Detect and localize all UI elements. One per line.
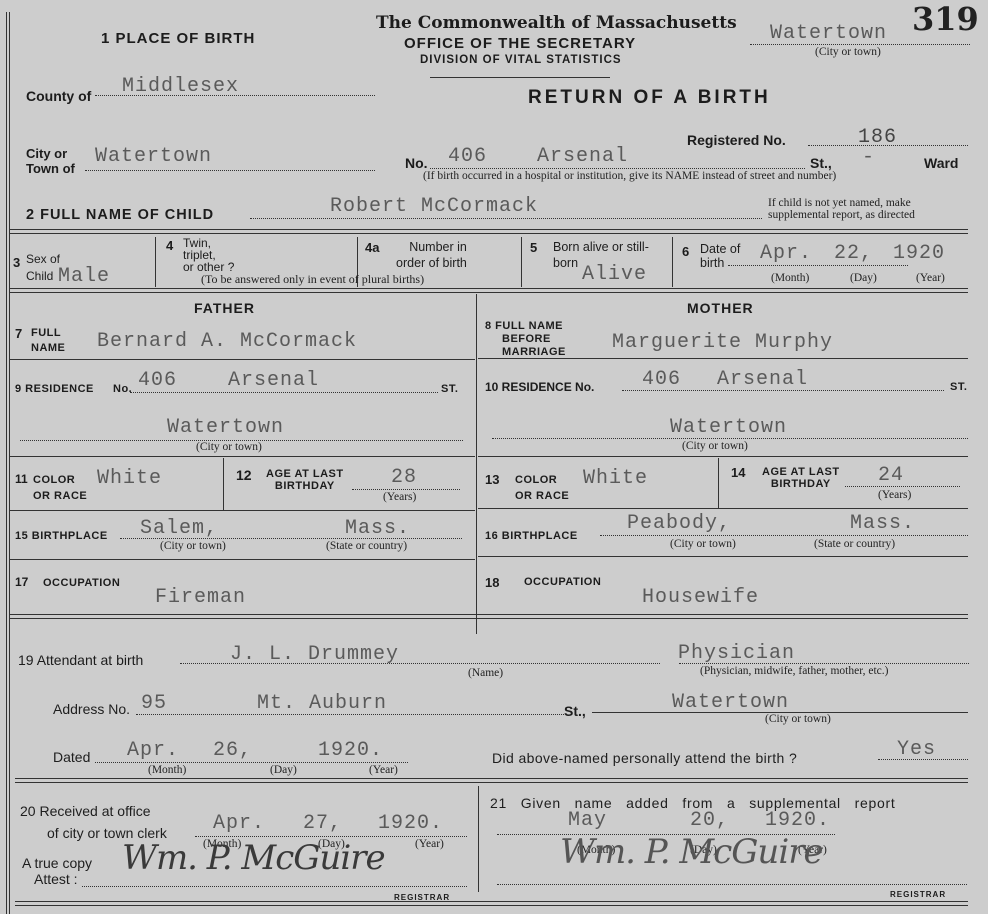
mother-color-label: COLOR OR RACE (515, 472, 569, 504)
supplemental-signature: Wm. P. McGuire (560, 832, 823, 872)
father-birthplace-line (120, 538, 462, 539)
father-name-value: Bernard A. McCormack (97, 330, 357, 353)
hospital-hint: (If birth occurred in a hospital or inst… (423, 170, 836, 182)
mother-name-label-line2: BEFORE (485, 333, 566, 346)
mother-occupation-value: Housewife (642, 586, 759, 609)
ward-label: Ward (924, 155, 958, 171)
father-age-label-line1: AGE AT LAST (266, 468, 344, 480)
city-label: City or Town of (26, 146, 75, 176)
order-label-line1: Number in (393, 239, 467, 255)
attendant-address-no: 95 (141, 692, 167, 715)
attendant-address-line (136, 714, 564, 715)
order-label: Number in order of birth (393, 239, 467, 271)
mother-birthplace-state: Mass. (850, 512, 915, 535)
alive-value: Alive (582, 263, 647, 286)
dob-num: 6 (682, 244, 689, 259)
attend-answer-line (878, 759, 968, 760)
dated-line (95, 762, 408, 763)
registered-line (808, 145, 968, 146)
birth-record-document: 1 PLACE OF BIRTH The Commonwealth of Mas… (0, 0, 988, 914)
mother-color-num: 13 (485, 472, 499, 487)
top-city-hint: (City or town) (815, 46, 881, 58)
father-occupation-num: 17 (15, 575, 28, 589)
father-age-label: AGE AT LAST BIRTHDAY (266, 468, 344, 492)
mother-color-value: White (583, 467, 648, 490)
dated-year: 1920. (318, 739, 383, 762)
mother-age-num: 14 (731, 465, 745, 480)
father-name-divider (10, 359, 475, 360)
county-label: County of (26, 88, 91, 104)
divider-received-top (15, 778, 968, 783)
father-residence-street: Arsenal (228, 369, 319, 392)
left-border (6, 12, 7, 914)
received-center-divider (478, 786, 479, 892)
dated-hint-year: (Year) (369, 764, 398, 776)
twin-num: 4 (166, 238, 173, 253)
dob-year: 1920 (893, 242, 945, 265)
mother-name-label-line1: 8 FULL NAME (485, 320, 566, 333)
mother-birthplace-city-hint: (City or town) (670, 538, 736, 550)
child-name-note-line2: supplemental report, as directed (768, 209, 915, 221)
mother-city-hint: (City or town) (682, 440, 748, 452)
dob-hint-month: (Month) (771, 272, 809, 284)
dob-month: Apr. (760, 242, 812, 265)
father-color-label-line2: OR RACE (33, 488, 87, 504)
attendant-role: Physician (678, 642, 795, 665)
office-title: OFFICE OF THE SECRETARY (404, 35, 636, 52)
mother-color-label-line1: COLOR (515, 472, 569, 488)
mother-color-age-divider (718, 458, 719, 508)
child-name-line (250, 218, 762, 219)
attendant-address-street: Mt. Auburn (257, 692, 387, 715)
order-num: 4a (365, 240, 379, 255)
father-residence-label: 9 RESIDENCE (15, 383, 94, 395)
father-residence-no-label: No. (113, 383, 132, 395)
father-city-hint: (City or town) (196, 441, 262, 453)
received-hint-year: (Year) (415, 838, 444, 850)
father-age-value: 28 (391, 466, 417, 489)
mother-age-label: AGE AT LAST BIRTHDAY (762, 466, 840, 490)
attendant-label: 19 Attendant at birth (18, 652, 143, 668)
father-residence-no: 406 (138, 369, 177, 392)
col-divider-3 (521, 237, 522, 287)
mother-age-value: 24 (878, 464, 904, 487)
father-residence-divider (10, 456, 475, 457)
col-divider-4 (672, 237, 673, 287)
attendant-city-hint: (City or town) (765, 713, 831, 725)
mother-age-label-line2: BIRTHDAY (762, 478, 840, 490)
street-no-label: No. (405, 155, 428, 171)
supplemental-registrar-label: REGISTRAR (890, 890, 946, 899)
father-birthplace-state-hint: (State or country) (326, 540, 407, 552)
father-occupation-value: Fireman (155, 586, 246, 609)
divider-bottom (15, 901, 968, 906)
page-number: 319 (912, 0, 979, 38)
child-name-label: 2 FULL NAME OF CHILD (26, 207, 214, 223)
sex-label: Sex of Child (26, 251, 60, 285)
mother-residence-no: 406 (642, 368, 681, 391)
father-name-label-line2: NAME (31, 341, 65, 356)
mother-birthplace-label: 16 BIRTHPLACE (485, 530, 578, 542)
supplemental-sign-line (497, 884, 967, 885)
attend-answer: Yes (897, 738, 936, 761)
dated-hint-month: (Month) (148, 764, 186, 776)
attest-label-line1: A true copy (22, 855, 92, 871)
father-color-divider (10, 510, 475, 511)
street-value: Arsenal (537, 145, 628, 168)
father-age-label-line2: BIRTHDAY (266, 480, 344, 492)
mother-city-line (492, 438, 968, 439)
mother-age-hint: (Years) (878, 489, 911, 501)
mother-birthplace-divider (478, 556, 968, 557)
street-no-value: 406 (448, 145, 487, 168)
sex-num: 3 (13, 255, 20, 270)
father-name-label: FULL NAME (31, 326, 65, 356)
divider-parents-top (10, 288, 968, 293)
father-birthplace-state: Mass. (345, 517, 410, 540)
father-color-age-divider (223, 458, 224, 510)
father-birthplace-city-hint: (City or town) (160, 540, 226, 552)
father-age-line (352, 489, 460, 490)
dob-label-line1: Date of (700, 242, 740, 256)
father-age-num: 12 (236, 467, 252, 483)
mother-residence-label: 10 RESIDENCE No. (485, 380, 594, 394)
dob-line (728, 265, 908, 266)
attest-label: A true copy Attest : (22, 855, 92, 887)
mother-residence-divider (478, 456, 968, 457)
mother-occupation-num: 18 (485, 575, 499, 590)
father-birthplace-city: Salem, (140, 517, 218, 540)
supplemental-month: May (568, 809, 607, 832)
supplemental-day: 20, (690, 809, 729, 832)
mother-name-label: 8 FULL NAME BEFORE MARRIAGE (485, 320, 566, 359)
mother-heading: MOTHER (687, 300, 754, 316)
sex-label-line2: Child (26, 268, 60, 285)
dated-day: 26, (213, 739, 252, 762)
mother-color-label-line2: OR RACE (515, 488, 569, 504)
top-city-value: Watertown (770, 22, 887, 45)
city-label-line2: Town of (26, 161, 75, 176)
father-color-label-line1: COLOR (33, 472, 87, 488)
left-border-inner (9, 12, 10, 914)
twin-label: Twin, triplet, or other ? (183, 237, 234, 273)
ornament-divider (430, 77, 610, 78)
city-line (85, 170, 375, 171)
commonwealth-title: The Commonwealth of Massachusetts (376, 13, 737, 33)
mother-age-line (845, 486, 960, 487)
father-color-value: White (97, 467, 162, 490)
section-place-of-birth: 1 PLACE OF BIRTH (101, 30, 255, 47)
county-line (95, 95, 375, 96)
top-city-line (750, 44, 970, 45)
father-residence-st: ST. (441, 383, 458, 395)
sex-label-line1: Sex of (26, 251, 60, 268)
mother-occupation-label: OCCUPATION (524, 576, 601, 588)
mother-residence-st: ST. (950, 381, 967, 393)
dated-label: Dated (53, 749, 90, 765)
father-birthplace-label: 15 BIRTHPLACE (15, 530, 108, 542)
attendant-address-city: Watertown (672, 691, 789, 714)
received-day: 27, (303, 812, 342, 835)
registrar-signature: Wm. P. McGuire (122, 838, 385, 878)
attendant-name-line (180, 663, 660, 664)
received-label-line1: 20 Received at office (20, 800, 167, 822)
attend-question: Did above-named personally attend the bi… (492, 750, 797, 766)
registered-label: Registered No. (687, 132, 786, 148)
received-date-line (195, 836, 467, 837)
father-residence-city: Watertown (167, 416, 284, 439)
alive-label-line1: Born alive or still- (553, 239, 649, 255)
child-name-value: Robert McCormack (330, 195, 538, 218)
father-color-num: 11 (15, 472, 28, 486)
mother-residence-city: Watertown (670, 416, 787, 439)
mother-residence-line (622, 390, 944, 391)
father-occupation-label: OCCUPATION (43, 577, 120, 589)
alive-num: 5 (530, 240, 537, 255)
father-residence-line (130, 392, 438, 393)
street-line (430, 168, 805, 169)
st-label: St., (810, 155, 832, 171)
city-value: Watertown (95, 145, 212, 168)
dob-hint-day: (Day) (850, 272, 877, 284)
plural-hint: (To be answered only in event of plural … (201, 272, 424, 287)
father-name-label-line1: FULL (31, 326, 65, 341)
sex-value: Male (58, 265, 110, 288)
received-month: Apr. (213, 812, 265, 835)
mother-name-value: Marguerite Murphy (612, 331, 833, 354)
dated-month: Apr. (127, 739, 179, 762)
father-heading: FATHER (194, 300, 255, 316)
division-title: DIVISION OF VITAL STATISTICS (420, 54, 622, 66)
order-label-line2: order of birth (393, 255, 467, 271)
father-age-hint: (Years) (383, 491, 416, 503)
child-name-note: If child is not yet named, make suppleme… (768, 197, 915, 221)
mother-age-label-line1: AGE AT LAST (762, 466, 840, 478)
mother-birthplace-city: Peabody, (627, 512, 731, 535)
dated-hint-day: (Day) (270, 764, 297, 776)
father-color-label: COLOR OR RACE (33, 472, 87, 504)
attendant-address-st: St., (564, 703, 586, 719)
ward-value: - (862, 146, 875, 169)
divider-attendant-top (10, 614, 968, 619)
mother-color-divider (478, 508, 968, 509)
supplemental-year: 1920. (765, 809, 830, 832)
father-birthplace-divider (10, 559, 475, 560)
attest-label-line2: Attest : (22, 871, 92, 887)
received-year: 1920. (378, 812, 443, 835)
attendant-address-label: Address No. (53, 701, 130, 717)
child-name-note-line1: If child is not yet named, make (768, 197, 915, 209)
parents-center-divider (476, 294, 477, 634)
form-title: RETURN OF A BIRTH (528, 87, 771, 109)
father-name-num: 7 (15, 326, 22, 341)
divider-child-row-top (10, 229, 968, 234)
col-divider-1 (155, 237, 156, 287)
dob-hint-year: (Year) (916, 272, 945, 284)
dob-label-line2: birth (700, 256, 740, 270)
mother-name-divider (478, 358, 968, 359)
attendant-role-line (679, 663, 969, 664)
attendant-name-hint: (Name) (468, 667, 503, 679)
mother-residence-street: Arsenal (717, 368, 808, 391)
dob-day: 22, (834, 242, 873, 265)
attendant-role-hint: (Physician, midwife, father, mother, etc… (700, 665, 888, 677)
attest-line (82, 886, 467, 887)
city-label-line1: City or (26, 146, 75, 161)
mother-birthplace-state-hint: (State or country) (814, 538, 895, 550)
mother-birthplace-line (600, 535, 968, 536)
